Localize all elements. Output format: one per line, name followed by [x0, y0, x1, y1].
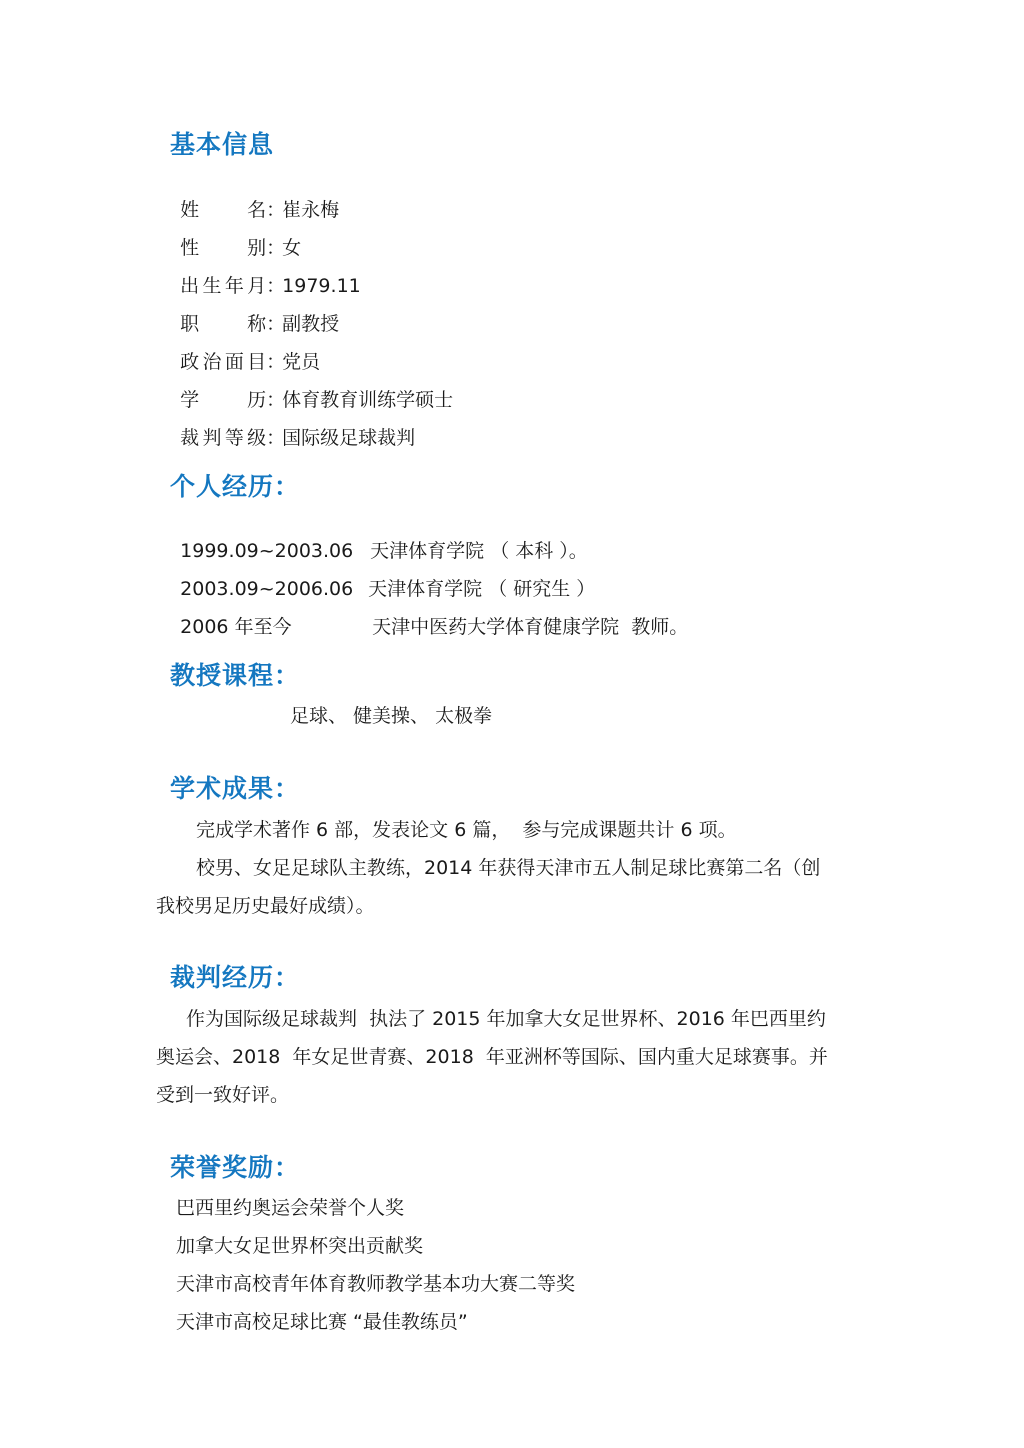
honor-item: 天津市高校足球比赛 “最佳教练员” — [176, 1310, 468, 1334]
section-heading-basic-info: 基本信息 — [170, 130, 274, 160]
academic-paragraph-2-line-1: 校男、女足足球队主教练，2014 年获得天津市五人制足球比赛第二名（创 — [196, 856, 820, 880]
academic-paragraph-1: 完成学术著作 6 部，发表论文 6 篇， 参与完成课题共计 6 项。 — [196, 818, 737, 842]
courses-text: 足球、 健美操、 太极拳 — [290, 704, 492, 728]
honor-item: 加拿大女足世界杯突出贡献奖 — [176, 1234, 423, 1258]
section-heading-academic: 学术成果： — [170, 774, 300, 804]
field-label: 裁判等级 — [180, 426, 266, 450]
resume-page: 基本信息 姓名：崔永梅 性别：女 出生年月：1979.11 职称：副教授 政治面… — [0, 0, 1024, 1448]
experience-item: 2006 年至今天津中医药大学体育健康学院 教师。 — [156, 591, 688, 663]
section-heading-referee: 裁判经历： — [170, 963, 300, 993]
experience-period: 2006 年至今 — [180, 615, 372, 639]
academic-paragraph-2-line-2: 我校男足历史最好成绩）。 — [156, 894, 375, 918]
honor-item: 天津市高校青年体育教师教学基本功大赛二等奖 — [176, 1272, 575, 1296]
section-heading-courses: 教授课程： — [170, 661, 300, 691]
experience-detail: 天津中医药大学体育健康学院 教师。 — [372, 616, 688, 638]
referee-line-1: 作为国际级足球裁判 执法了 2015 年加拿大女足世界杯、2016 年巴西里约 — [186, 1007, 826, 1031]
field-value: 国际级足球裁判 — [282, 427, 415, 449]
field-referee-level: 裁判等级：国际级足球裁判 — [156, 402, 415, 474]
section-heading-experience: 个人经历： — [170, 472, 300, 502]
referee-line-3: 受到一致好评。 — [156, 1083, 289, 1107]
field-separator: ： — [266, 426, 282, 450]
referee-line-2: 奥运会、2018 年女足世青赛、2018 年亚洲杯等国际、国内重大足球赛事。并 — [156, 1045, 828, 1069]
honor-item: 巴西里约奥运会荣誉个人奖 — [176, 1196, 404, 1220]
section-heading-honors: 荣誉奖励： — [170, 1153, 300, 1183]
